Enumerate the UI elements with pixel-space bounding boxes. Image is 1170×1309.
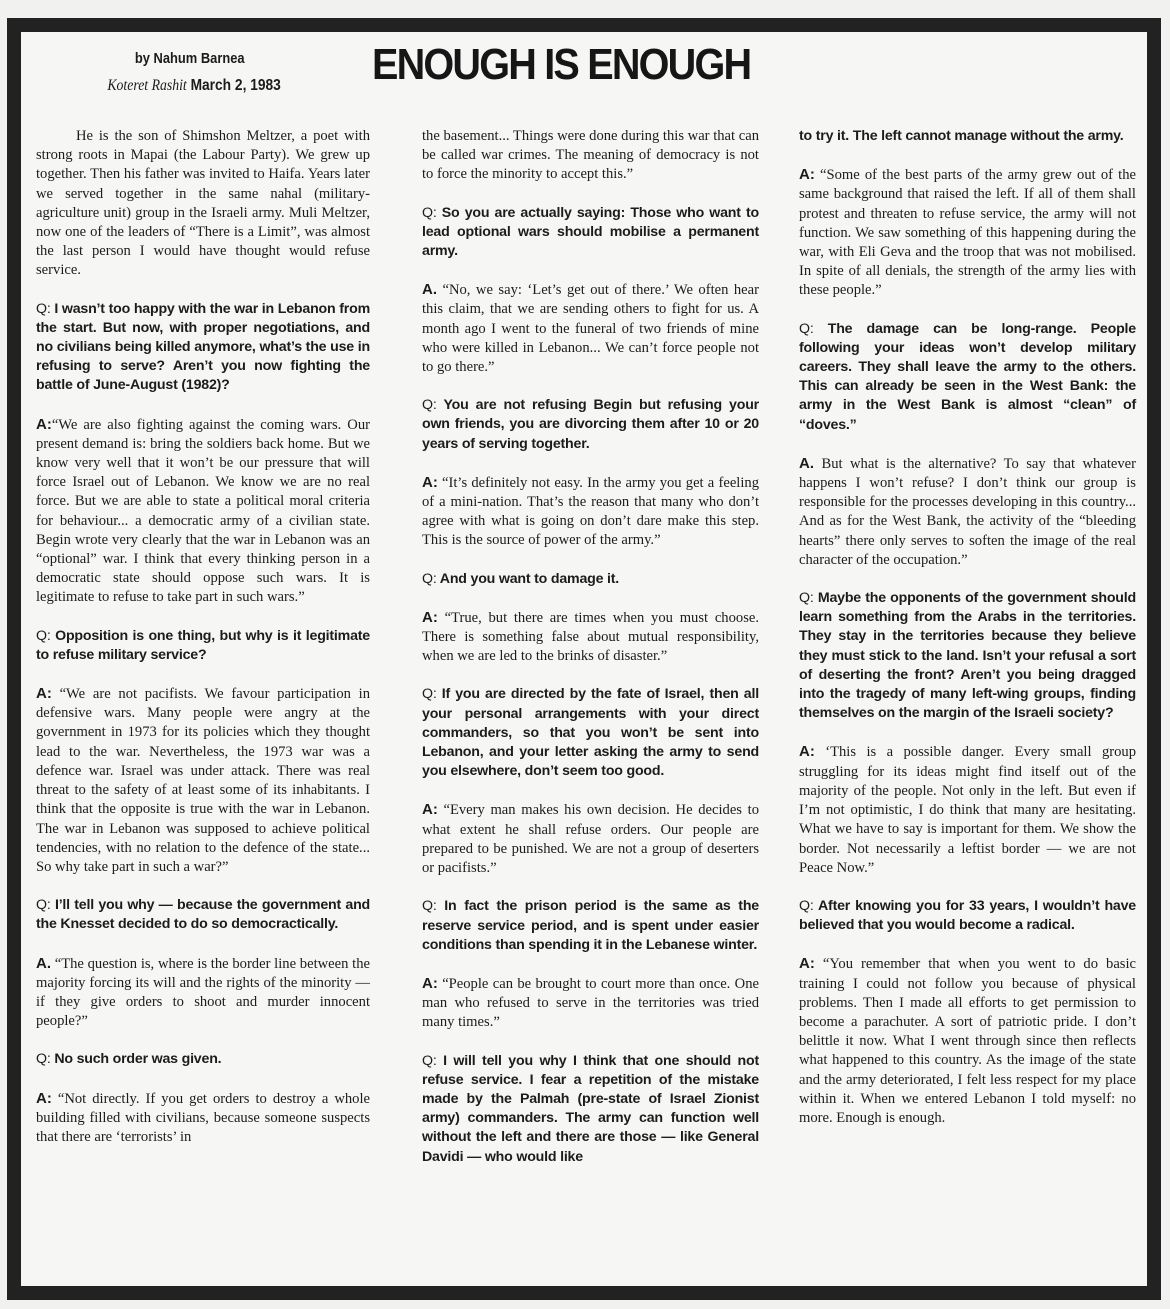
speaker-label: A:	[422, 801, 438, 818]
paragraph-text: “Every man makes his own decision. He de…	[422, 802, 759, 876]
paragraph-text: “The question is, where is the border li…	[36, 956, 370, 1030]
speaker-label: Q:	[799, 321, 814, 337]
speaker-label: A:	[36, 416, 52, 433]
answer-paragraph: A. But what is the alternative? To say t…	[799, 454, 1136, 570]
speaker-label: A:	[422, 975, 438, 992]
column-2: the basement... Things were done during …	[422, 127, 759, 1186]
paragraph-text: Maybe the opponents of the government sh…	[799, 590, 1136, 721]
answer-paragraph: A: “True, but there are times when you m…	[422, 608, 759, 667]
speaker-label: Q:	[799, 898, 814, 914]
byline: by Nahum Barnea Koteret Rashit March 2, …	[128, 50, 352, 95]
paragraph-text: “We are not pacifists. We favour partici…	[36, 686, 370, 875]
question-paragraph: Q: I wasn’t too happy with the war in Le…	[36, 300, 370, 396]
speaker-label: Q:	[422, 1053, 437, 1069]
answer-paragraph: A: “We are not pacifists. We favour part…	[36, 684, 370, 877]
answer-paragraph: A: “It’s definitely not easy. In the arm…	[422, 473, 759, 551]
paragraph-text: “We are also fighting against the coming…	[36, 417, 370, 606]
answer-paragraph: A. “The question is, where is the border…	[36, 954, 370, 1032]
paragraph-text: I will tell you why I think that one sho…	[422, 1053, 759, 1165]
speaker-label: A:	[799, 955, 815, 972]
author: by Nahum Barnea	[135, 50, 352, 67]
paragraph-text: I wasn’t too happy with the war in Leban…	[36, 301, 370, 394]
paragraph-text: The damage can be long-range. People fol…	[799, 321, 1136, 433]
paragraph-text: You are not refusing Begin but refusing …	[422, 397, 759, 451]
question-paragraph: Q: Opposition is one thing, but why is i…	[36, 627, 370, 665]
speaker-label: Q:	[36, 301, 51, 317]
speaker-label: Q:	[36, 628, 51, 644]
paragraph-text: If you are directed by the fate of Israe…	[422, 686, 759, 779]
speaker-label: Q:	[422, 898, 437, 914]
paragraph-text: But what is the alternative? To say that…	[799, 456, 1136, 568]
question-paragraph: Q: I will tell you why I think that one …	[422, 1052, 759, 1167]
question-paragraph: Q: After knowing you for 33 years, I wou…	[799, 897, 1136, 935]
answer-paragraph: A:“We are also fighting against the comi…	[36, 415, 370, 608]
paragraph-text: “You remember that when you went to do b…	[799, 956, 1136, 1126]
answer-paragraph: A: “You remember that when you went to d…	[799, 954, 1136, 1128]
paragraph-text: And you want to damage it.	[440, 571, 619, 587]
question-paragraph: Q: And you want to damage it.	[422, 570, 759, 589]
paragraph-text: ‘This is a possible danger. Every small …	[799, 744, 1136, 875]
speaker-label: Q:	[36, 1051, 51, 1067]
paragraph-text: to try it. The left cannot manage withou…	[799, 128, 1124, 144]
speaker-label: Q:	[422, 571, 437, 587]
question-paragraph: Q: No such order was given.	[36, 1050, 370, 1069]
paragraph-text: “No, we say: ‘Let’s get out of there.’ W…	[422, 282, 759, 375]
speaker-label: Q:	[799, 590, 814, 606]
paragraph-text: the basement... Things were done during …	[422, 128, 759, 182]
paragraph-text: “True, but there are times when you must…	[422, 610, 759, 664]
paragraph-text: “It’s definitely not easy. In the army y…	[422, 475, 759, 549]
paragraph-text: “Not directly. If you get orders to dest…	[36, 1091, 370, 1145]
paragraph-text: No such order was given.	[54, 1051, 221, 1067]
paragraph-text: I’ll tell you why — because the governme…	[36, 897, 370, 932]
speaker-label: A:	[799, 166, 815, 183]
question-paragraph: Q: The damage can be long-range. People …	[799, 320, 1136, 435]
column-1: He is the son of Shimshon Meltzer, a poe…	[36, 127, 370, 1166]
continued-answer-paragraph: the basement... Things were done during …	[422, 127, 759, 185]
source-line: Koteret Rashit March 2, 1983	[107, 77, 351, 95]
answer-paragraph: A: “Not directly. If you get orders to d…	[36, 1089, 370, 1148]
paragraph-text: So you are actually saying: Those who wa…	[422, 205, 759, 259]
speaker-label: A:	[799, 743, 815, 760]
speaker-label: A:	[422, 609, 438, 626]
paragraph-text: After knowing you for 33 years, I wouldn…	[799, 898, 1136, 933]
answer-paragraph: A: “Every man makes his own decision. He…	[422, 800, 759, 878]
question-paragraph: Q: So you are actually saying: Those who…	[422, 204, 759, 262]
paragraph-text: Opposition is one thing, but why is it l…	[36, 628, 370, 663]
speaker-label: A.	[36, 955, 51, 972]
speaker-label: A:	[36, 1090, 52, 1107]
answer-paragraph: A. “No, we say: ‘Let’s get out of there.…	[422, 280, 759, 377]
question-paragraph: Q: If you are directed by the fate of Is…	[422, 685, 759, 781]
question-paragraph: Q: I’ll tell you why — because the gover…	[36, 896, 370, 934]
speaker-label: A.	[799, 455, 814, 472]
speaker-label: A:	[36, 685, 52, 702]
speaker-label: Q:	[422, 686, 437, 702]
speaker-label: A:	[422, 474, 438, 491]
question-paragraph: Q: In fact the prison period is the same…	[422, 897, 759, 955]
question-paragraph: Q: Maybe the opponents of the government…	[799, 589, 1136, 723]
paragraph-text: He is the son of Shimshon Meltzer, a poe…	[36, 128, 370, 278]
headline: ENOUGH IS ENOUGH	[372, 40, 750, 90]
answer-paragraph: A: “Some of the best parts of the army g…	[799, 165, 1136, 300]
speaker-label: Q:	[36, 897, 51, 913]
speaker-label: A.	[422, 281, 437, 298]
answer-paragraph: A: “People can be brought to court more …	[422, 974, 759, 1033]
answer-paragraph: A: ‘This is a possible danger. Every sma…	[799, 742, 1136, 877]
publication-name: Koteret Rashit	[107, 77, 186, 94]
continued-question-paragraph: to try it. The left cannot manage withou…	[799, 127, 1136, 146]
speaker-label: Q:	[422, 397, 437, 413]
paragraph-text: “Some of the best parts of the army grew…	[799, 167, 1136, 298]
intro-paragraph: He is the son of Shimshon Meltzer, a poe…	[36, 127, 370, 281]
speaker-label: Q:	[422, 205, 437, 221]
paragraph-text: “People can be brought to court more tha…	[422, 976, 759, 1030]
question-paragraph: Q: You are not refusing Begin but refusi…	[422, 396, 759, 454]
paragraph-text: In fact the prison period is the same as…	[422, 898, 759, 952]
column-3: to try it. The left cannot manage withou…	[799, 127, 1136, 1147]
publication-date: March 2, 1983	[191, 77, 281, 94]
